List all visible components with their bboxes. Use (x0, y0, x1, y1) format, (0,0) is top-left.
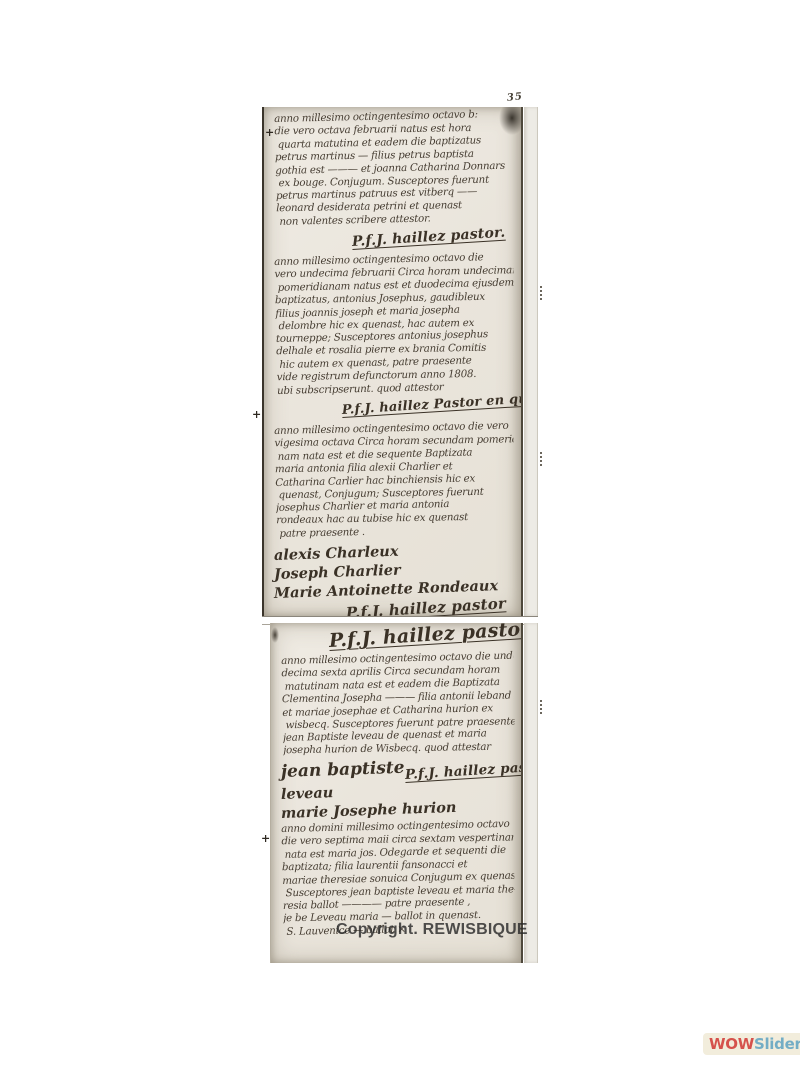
manuscript-paragraph: anno millesimo octingentesimo octavo b:d… (274, 108, 516, 230)
manuscript-line: josepha hurion de Wisbecq. quod attestar (283, 741, 515, 758)
manuscript-paragraph: anno millesimo octingentesimo octavo die… (281, 650, 515, 758)
witness-signatures: alexis CharleuxJoseph CharlierMarie Anto… (274, 546, 513, 603)
folio-number: 35 (506, 91, 523, 104)
wowslider-badge[interactable]: WOWSlider (703, 1033, 800, 1055)
scan-section-lower: P.f.J. haillez pastoranno millesimo octi… (262, 623, 538, 963)
manuscript-text-upper: anno millesimo octingentesimo octavo b:d… (274, 113, 513, 616)
scan-section-upper: anno millesimo octingentesimo octavo b:d… (262, 107, 538, 616)
book-gutter-lower (524, 623, 538, 963)
ink-cross-mark: + (265, 126, 274, 139)
pastor-signature: P.f.J. haillez pastor (329, 623, 514, 649)
ink-cross-mark: + (252, 408, 261, 421)
wowslider-wow-label: WOW (709, 1033, 754, 1055)
book-gutter-upper (524, 107, 538, 616)
register-paper-lower: P.f.J. haillez pastoranno millesimo octi… (270, 623, 523, 963)
wowslider-slider-label: Slider (754, 1033, 800, 1055)
witness-signature: jean baptiste (281, 759, 405, 782)
pastor-signature: P.f.J. haillez pastor. (352, 224, 514, 250)
copyright-watermark: Copyright. REWISBIQUE (336, 919, 528, 941)
register-paper-upper: anno millesimo octingentesimo octavo b:d… (262, 107, 523, 616)
manuscript-paragraph: anno millesimo octingentesimo octavo die… (274, 420, 516, 542)
viewer-page: 35 anno millesimo octingentesimo octavo … (0, 0, 800, 1067)
ink-cross-mark: + (261, 832, 270, 845)
ink-tick-mark (540, 700, 544, 714)
manuscript-paragraph: anno millesimo octingentesimo octavo die… (274, 251, 516, 398)
manuscript-text-lower: P.f.J. haillez pastoranno millesimo octi… (281, 631, 513, 944)
ink-tick-mark (540, 286, 544, 300)
ink-tick-mark (540, 452, 544, 466)
pastor-signature: P.f.J. haillez Pastor en quenast (342, 393, 514, 419)
document-scan: anno millesimo octingentesimo octavo b:d… (262, 107, 538, 963)
